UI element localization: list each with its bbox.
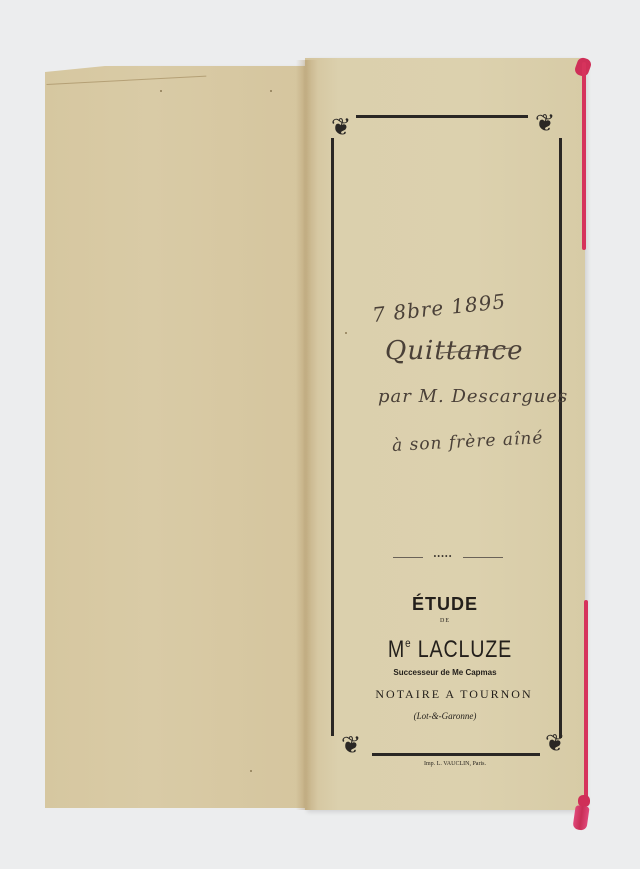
region-line: (Lot-&-Garonne) <box>405 711 485 721</box>
printer-imprint: Imp. L. VAUCLIN, Paris. <box>405 761 505 767</box>
corner-ornament-icon: ❦ <box>326 112 356 142</box>
paper-speck <box>345 332 347 334</box>
notary-prefix-sup: e <box>405 636 411 650</box>
notary-title-line: NOTAIRE A TOURNON <box>364 687 544 702</box>
frame-bottom-rule <box>372 753 540 756</box>
printed-heading-sub: DE <box>430 618 460 624</box>
handwritten-line-party: par M. Descargues <box>378 386 568 407</box>
corner-ornament-icon: ❦ <box>336 730 366 760</box>
notary-surname: LACLUZE <box>418 636 512 663</box>
paper-speck <box>250 770 252 772</box>
binding-string-bottom <box>584 600 588 800</box>
center-fold <box>296 60 318 810</box>
corner-ornament-icon: ❦ <box>530 108 560 138</box>
frame-left-rule <box>331 138 334 736</box>
paper-speck <box>160 90 162 92</box>
notary-prefix: M <box>388 636 405 663</box>
printed-heading: ÉTUDE <box>405 594 485 615</box>
notary-name: Me LACLUZE <box>384 636 515 664</box>
frame-right-rule <box>559 138 562 738</box>
frame-top-rule <box>356 115 528 118</box>
string-tassel <box>572 805 589 831</box>
binding-string-top <box>582 62 586 250</box>
left-cover-panel <box>45 66 307 808</box>
successor-line: Successeur de Me Capmas <box>385 668 505 677</box>
corner-ornament-icon: ❦ <box>540 728 570 758</box>
divider-ornament-icon: ••••• <box>423 552 463 561</box>
paper-speck <box>270 90 272 92</box>
